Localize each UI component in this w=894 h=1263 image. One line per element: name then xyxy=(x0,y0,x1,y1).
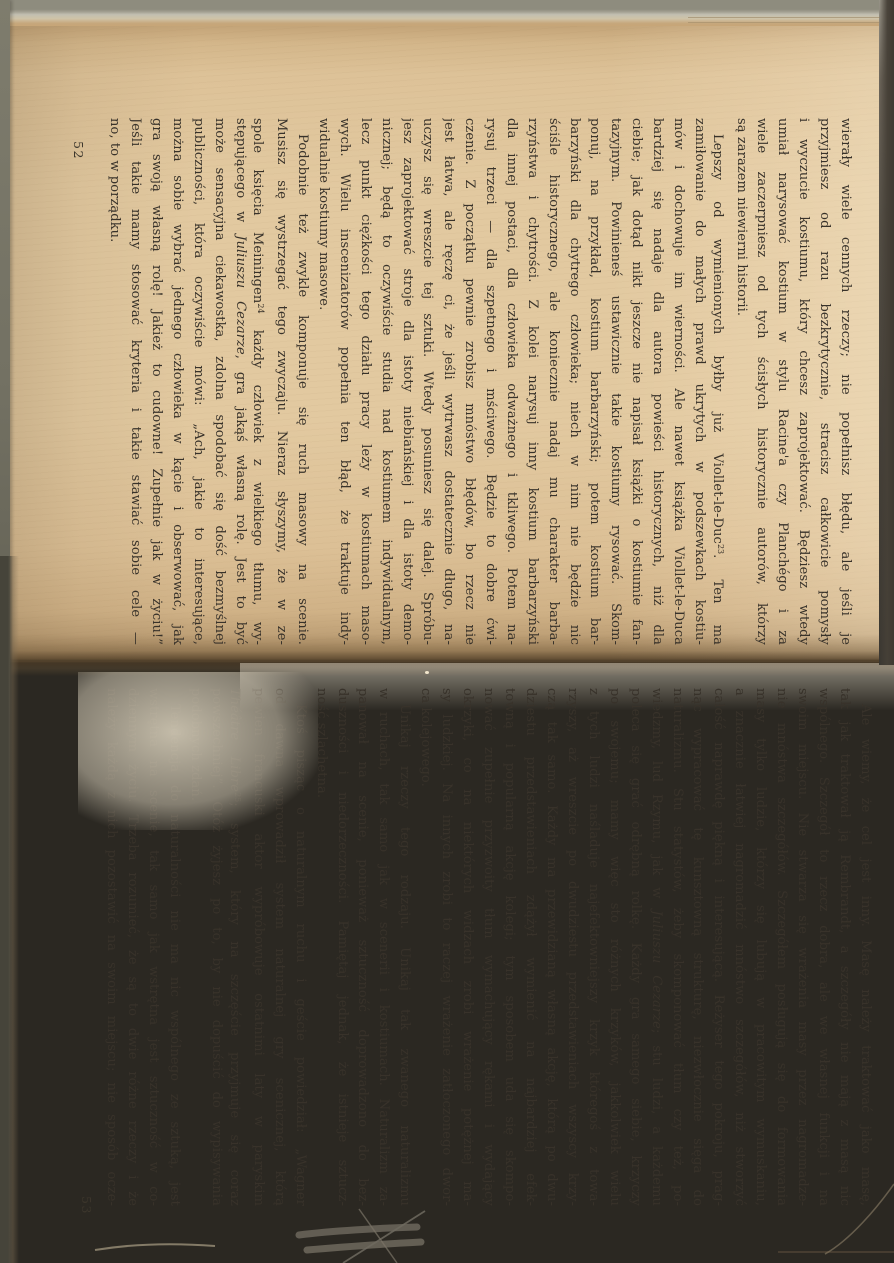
text-line: a znacznie łatwiej nagromadzić mnóstwo s… xyxy=(728,688,749,1206)
text-line: sy ludzkiej. Na innych zrobi to raczej w… xyxy=(435,688,456,1206)
paper-speck xyxy=(425,671,429,674)
text-line: tazyjnym. Powinieneś ustawicznie takie k… xyxy=(605,118,626,645)
text-line: wierały wiele cennych rzeczy; nie popełn… xyxy=(834,118,855,645)
faint-pencil-stroke xyxy=(90,1238,220,1254)
text-line: są zarazem niewierni historii. xyxy=(730,118,751,645)
text-line: ściśle historycznego, ale koniecznie nad… xyxy=(542,118,563,645)
text-line: tak jak traktował ją Rembrandt, a szczeg… xyxy=(833,688,854,1206)
text-line: nować zupełnie przyzwoity tłum wymachują… xyxy=(477,688,498,1206)
text-line: masy tylko ludzie, którzy się lubują w p… xyxy=(749,688,770,1206)
text-line: rzyszy, aż wreszcie po dwudziestu przeds… xyxy=(561,688,582,1206)
text-line: duszności i niedorzeczności. Pamiętaj je… xyxy=(331,688,352,1206)
text-line: mów i dochowuje im wierności. Ale nawet … xyxy=(667,118,688,645)
text-line: bardziej się nadaje dla autora powieści … xyxy=(646,118,667,645)
text-line: rysuj trzeci — dla szpetnego i mściwego.… xyxy=(479,118,500,645)
text-line: jest łatwa, ale ręczę ci, że jeśli wytrw… xyxy=(438,118,459,645)
text-line: panował na scenie, ponieważ sztuczność d… xyxy=(352,688,373,1206)
text-line: w ruchach, tak samo jak w scenerii i kos… xyxy=(373,688,394,1206)
text-line: poleca się grać odrębną rolkę. Każdy gra… xyxy=(624,688,645,1206)
text-line: wspólnego. Szczegół to rzecz dobra, ale … xyxy=(812,688,833,1206)
scan-glare-patch xyxy=(78,672,318,830)
text-line: jesz zaprojektować stroje dla istoty nie… xyxy=(396,118,417,645)
text-line: Unikaj rzeczy tego rodzaju. Unikaj tak z… xyxy=(393,688,414,1206)
text-line: może sensacyjna ciekawostka, zdolna spod… xyxy=(208,118,229,645)
text-line: ca kolejowego. xyxy=(414,688,435,1206)
text-line: no, to w porządku. xyxy=(104,118,125,645)
text-line: Lepszy od wymienionych byłby już Viollet… xyxy=(709,118,730,645)
text-line: przyjmiesz od razu bezkrytycznie, straci… xyxy=(813,118,834,645)
text-line: dziestu przedstawieniach zdążył wymienić… xyxy=(519,688,540,1206)
page-number-53: 53 xyxy=(76,1196,94,1220)
text-line: Jeśli takie mamy stosować kryteria i tak… xyxy=(124,118,145,645)
pencil-scribble-mark xyxy=(285,1205,457,1263)
text-line: rzyństwa i chytrości. Z kolei narysuj in… xyxy=(521,118,542,645)
text-line: wych. Wielu inscenizatorów popełnia ten … xyxy=(333,118,354,645)
text-line: nie mnóstwa szczegółów. Szczegółem posłu… xyxy=(770,688,791,1206)
text-line: uczysz się wreszcie tej sztuki. Wtedy po… xyxy=(417,118,438,645)
text-line: spole księcia Meiningen24 każdy człowiek… xyxy=(250,118,271,645)
book-edge-right xyxy=(879,0,894,665)
text-line: publiczności, która oczywiście mówi: „Ac… xyxy=(187,118,208,645)
text-line: nicznej; będą to oczywiście studia nad k… xyxy=(375,118,396,645)
text-line: wiele zaczerpniesz od tych ścisłych hist… xyxy=(751,118,772,645)
text-line: czenie. Z początku pewnie zrobisz mnóstw… xyxy=(458,118,479,645)
crease-line xyxy=(778,1251,894,1253)
text-line: towną i popularną akcję kolegi; tym spos… xyxy=(498,688,519,1206)
page-number-52: 52 xyxy=(66,141,86,167)
text-line: ciebie; jak dotąd nikt jeszcze nie napis… xyxy=(625,118,646,645)
text-line: całość naprawdę piękną i interesującą. R… xyxy=(708,688,729,1206)
text-line: i wyczucie kostiumu, który chcesz zaproj… xyxy=(792,118,813,645)
text-line: można sobie wybrać jednego człowieka w k… xyxy=(166,118,187,645)
text-line: z tych ludzi naśladuje najefektowniejszy… xyxy=(582,688,603,1206)
stacked-page-edges xyxy=(688,13,880,29)
text-line: widualnie kostiumy masowe. xyxy=(312,118,333,645)
text-line: Ale wiemy, że cel jest inny. Masę należy… xyxy=(854,688,875,1206)
book-scan-photo: wierały wiele cennych rzeczy; nie popełn… xyxy=(0,0,894,1263)
text-line: dla innej postaci, dla człowieka odważne… xyxy=(500,118,521,645)
text-line: po swojemu; mamy więc sto różnych krzykó… xyxy=(603,688,624,1206)
text-line: Musisz się wystrzegać tego zwyczaju. Nie… xyxy=(271,118,292,645)
text-line: umiał narysować kostium w stylu Racine'a… xyxy=(772,118,793,645)
text-line: gra swoją własną rolę! Jakież to cudowne… xyxy=(145,118,166,645)
text-line: nąc wypracować tę kunsztowną strukturę, … xyxy=(687,688,708,1206)
text-line: swoim miejscu. Nie stwarza się wrażenia … xyxy=(791,688,812,1206)
page-52-text-block: wierały wiele cennych rzeczy; nie popełn… xyxy=(103,118,855,645)
text-line: barzyński dla chytrego człowieka; niech … xyxy=(563,118,584,645)
text-line: czą tak samo. Każdy ma przewidzianą włas… xyxy=(540,688,561,1206)
text-line: okrzyki, co na niektórych widzach zrobi … xyxy=(456,688,477,1206)
text-line: Podobnie też zwykle komponuje się ruch m… xyxy=(291,118,312,645)
text-line: wiedzmy, lud Rzymu, jak w Juliuszu Cezar… xyxy=(645,688,666,1206)
text-line: stępującego w Juliuszu Cezarze, gra jaką… xyxy=(229,118,250,645)
text-line: zamiłowanie do małych prawd ukrytych w p… xyxy=(688,118,709,645)
scan-edge-left-lower xyxy=(0,556,19,1263)
text-line: lecz punkt ciężkości tego działu pracy l… xyxy=(354,118,375,645)
hair-scratch-mark xyxy=(815,1178,894,1260)
text-line: ponuj, na przykład, kostium barbarzyński… xyxy=(584,118,605,645)
text-line: naturalizmu. Stu statystów, żeby skompon… xyxy=(666,688,687,1206)
